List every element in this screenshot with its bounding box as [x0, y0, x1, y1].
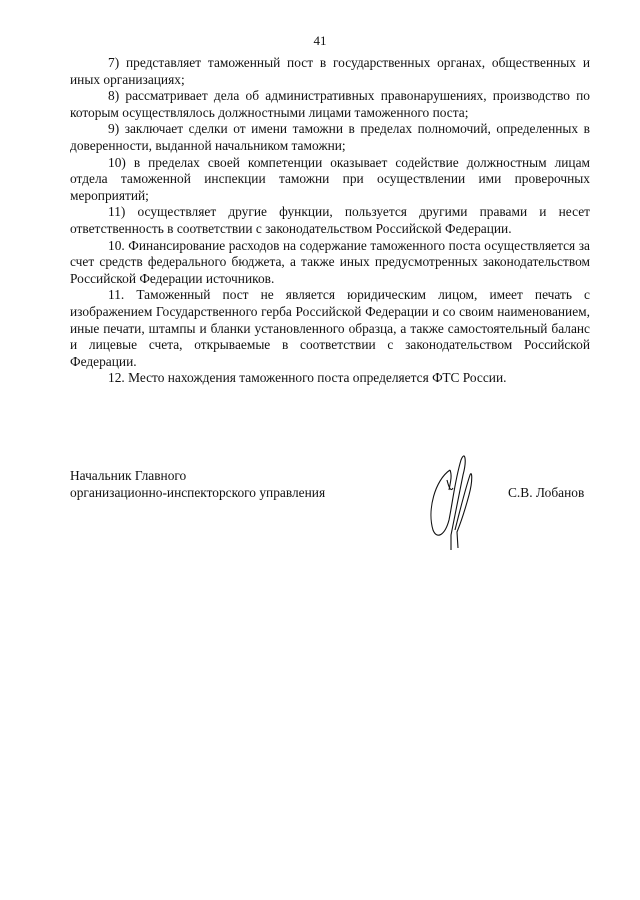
paragraph-item-11: 11) осуществляет другие функции, пользуе… — [70, 204, 590, 237]
paragraph-section-11: 11. Таможенный пост не является юридичес… — [70, 287, 590, 370]
paragraph-section-10: 10. Финансирование расходов на содержани… — [70, 238, 590, 288]
handwritten-signature-icon — [425, 450, 480, 550]
signatory-name: С.В. Лобанов — [508, 485, 584, 501]
position-line-2: организационно-инспекторского управления — [70, 484, 325, 501]
paragraph-item-9: 9) заключает сделки от имени таможни в п… — [70, 121, 590, 154]
position-line-1: Начальник Главного — [70, 467, 325, 484]
page-number: 41 — [0, 33, 640, 49]
paragraph-section-12: 12. Место нахождения таможенного поста о… — [70, 370, 590, 387]
paragraph-item-10: 10) в пределах своей компетенции оказыва… — [70, 155, 590, 205]
document-body: 7) представляет таможенный пост в госуда… — [70, 55, 590, 387]
paragraph-item-7: 7) представляет таможенный пост в госуда… — [70, 55, 590, 88]
paragraph-item-8: 8) рассматривает дела об административны… — [70, 88, 590, 121]
signatory-position: Начальник Главного организационно-инспек… — [70, 467, 325, 501]
